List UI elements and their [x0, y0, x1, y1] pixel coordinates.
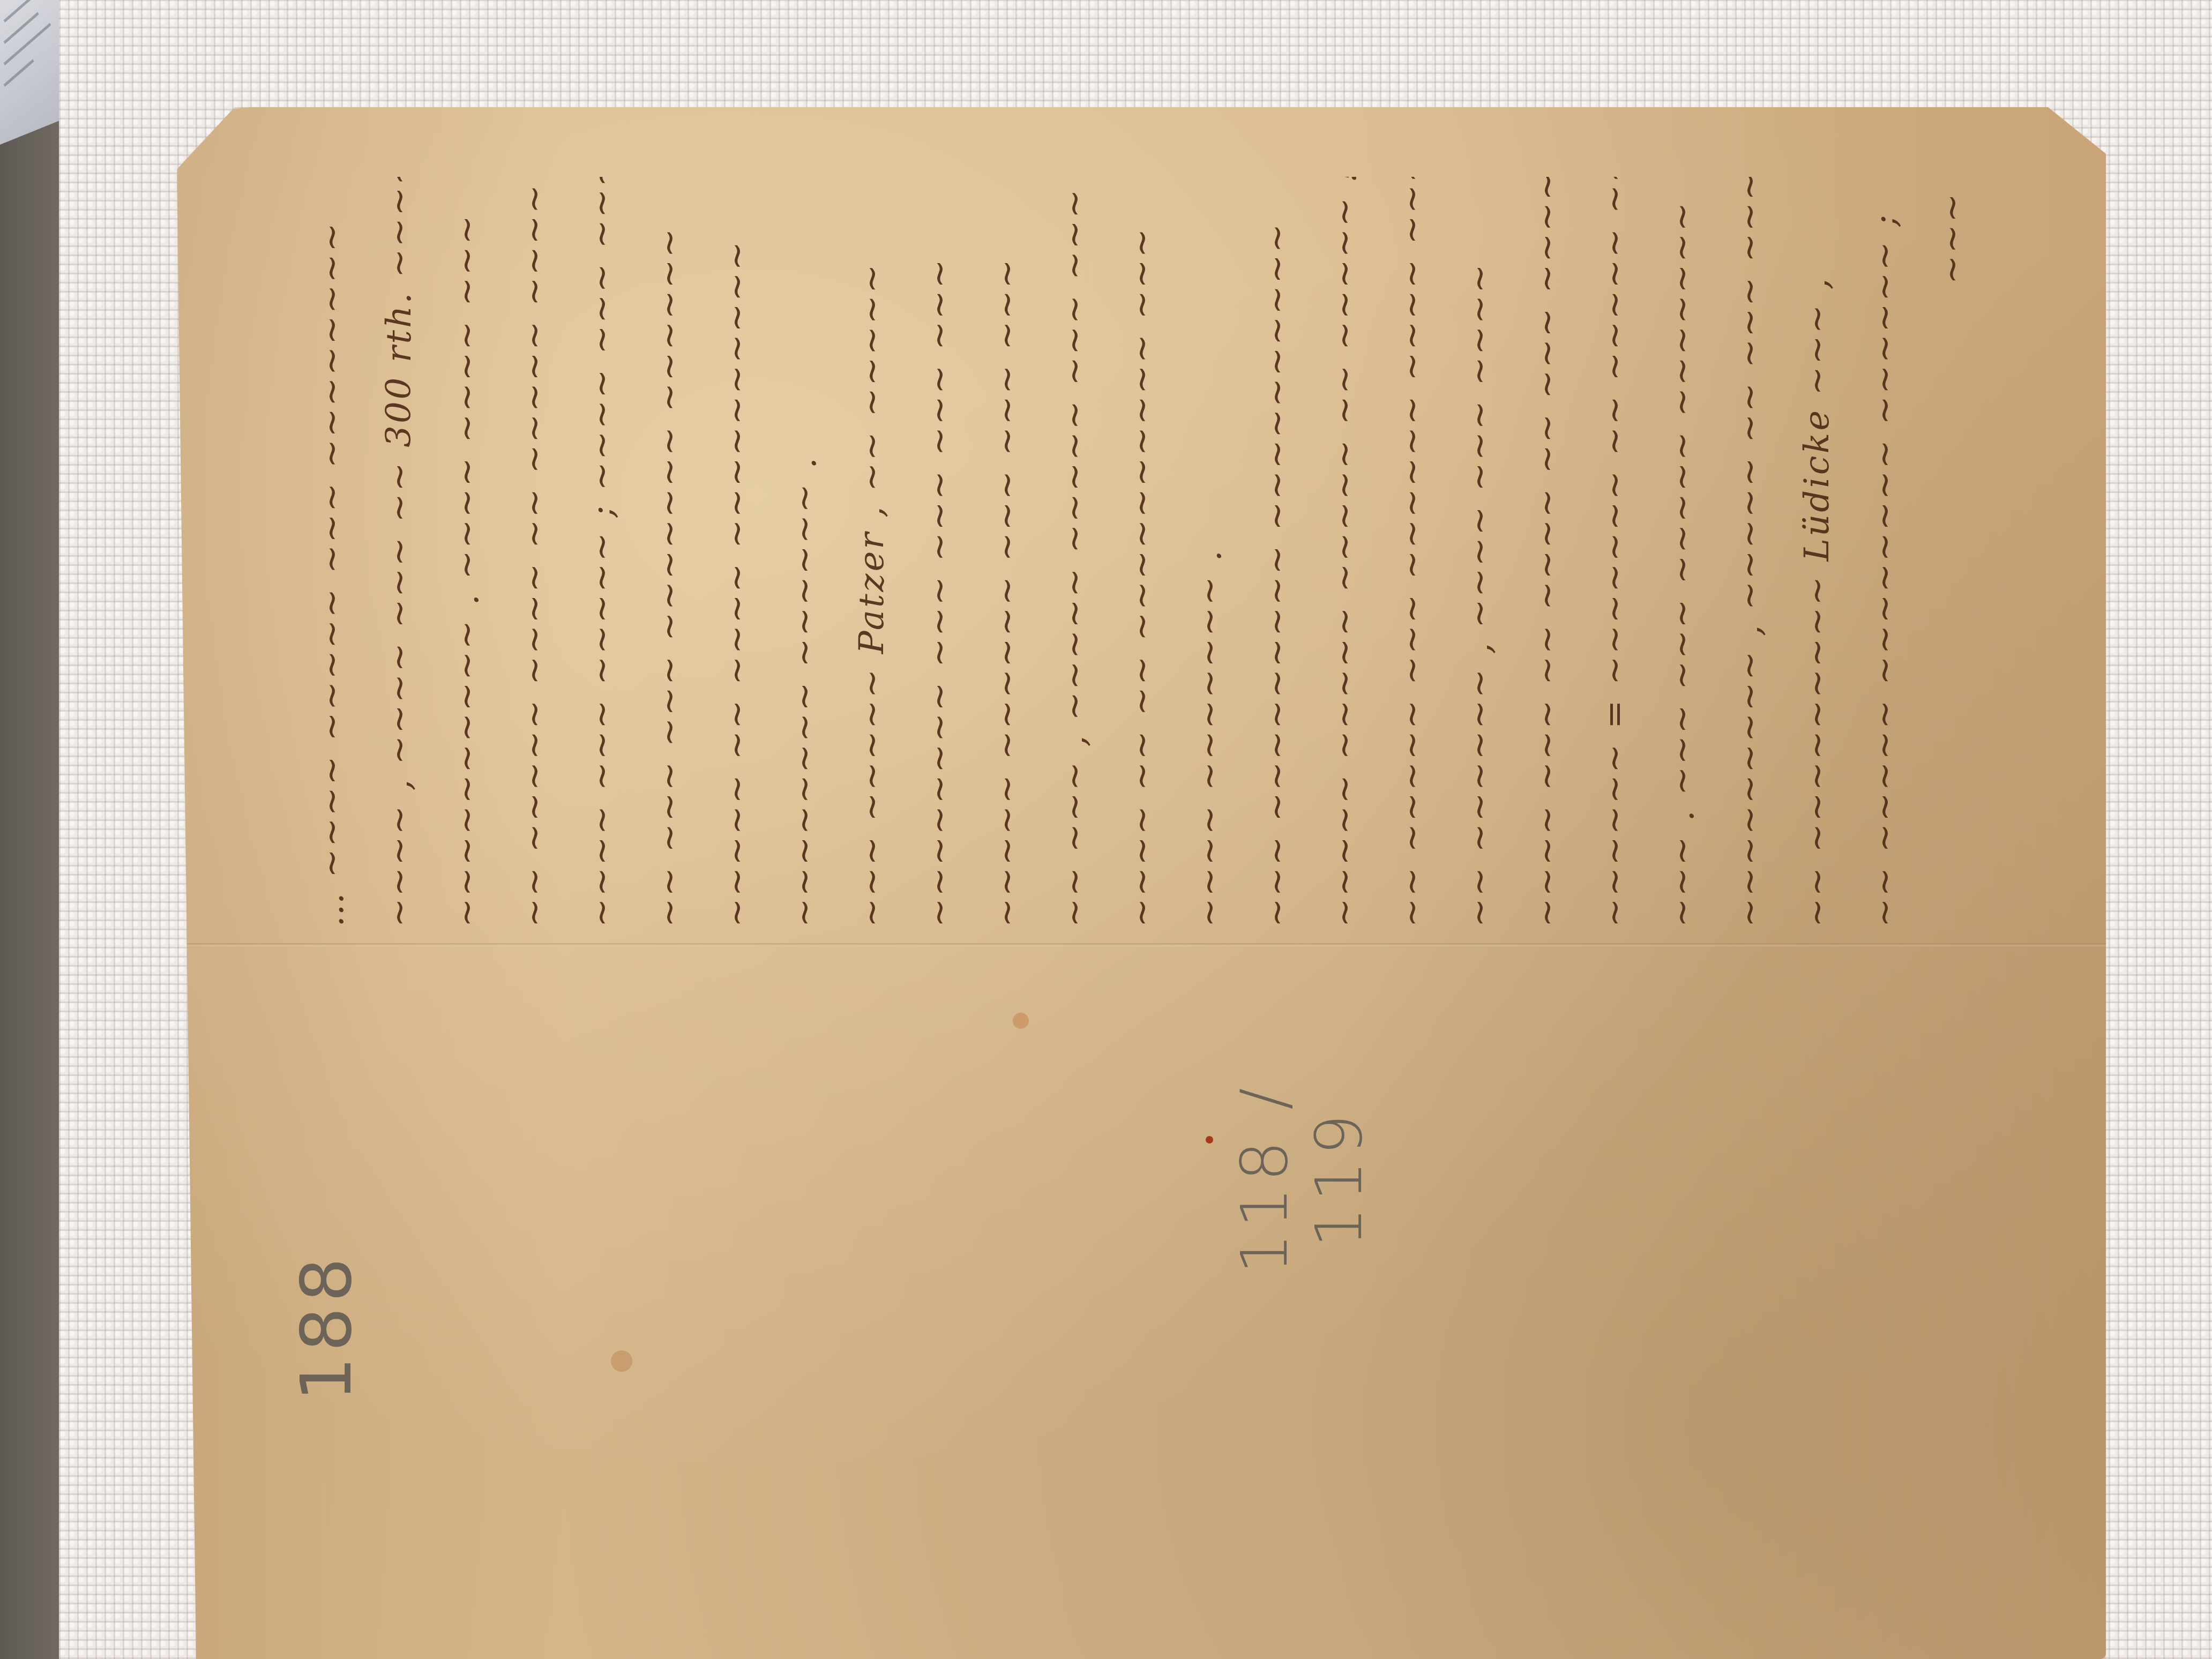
handwritten-line: ~~~~ ~~~ ~~~~~ ; ~~~~ ~~~ ~~~~~ [570, 177, 633, 927]
foxing-stain [1013, 1013, 1029, 1029]
handwritten-line: ~~~~~ ~~ ~~~~ ~~~~~~~~~~ [705, 177, 768, 927]
handwritten-line: ~~ ~~~~~ ~~~~~~~~ ~~~~~~ ; [1853, 177, 1916, 927]
handwritten-line: … ~~~~ ~~~~~ ~~~ ~~~~~~~~ [300, 177, 363, 927]
folio-number-pencil: 118 / 119 [1228, 1028, 1377, 1328]
handwritten-line: ~~ ~~~ ~~~ ~~~~~~~ ~~~~~~ [638, 177, 701, 927]
printed-paper-corner [0, 0, 59, 145]
handwritten-line: ~~~~~~~~ ~~~ ~~~ ~~~ ~~~ [908, 177, 971, 927]
folio-number-left-pencil: 188 [286, 1252, 367, 1401]
handwritten-line: ~~ ~~~~~ ~~~ ~~~~~~ ~~~~ ~~~~ [1380, 177, 1444, 927]
handwritten-line: ~~~~~ ~~~~~ ~~~~~ ~~ ~~~~~ ! [1313, 177, 1376, 927]
handwritten-line: ~~~ ~~~~~ Patzer , ~~ ~~~~~ [840, 177, 903, 927]
table-surface [0, 0, 64, 1659]
foxing-stain [611, 1350, 632, 1372]
handwritten-line: ~~ ~~~~~~~~~ Lüdicke ~~~ , [1785, 177, 1849, 927]
handwritten-line: ~~ ~~~ , ~~~~~ ~~~~~ ~~~ ~~~ [1043, 177, 1106, 927]
handwritten-line: ~~ ~~~~~~ , ~~~~ ~~~ ~~~~ [1448, 177, 1511, 927]
handwritten-line: ~~~~ , ~~~~ ~~~ ~~ 300 rth. ~~~~~ [368, 177, 431, 927]
handwritten-line: ~~~ . ~~~ ~~~ ~~~~~ ~~~~~~~ [1650, 177, 1714, 927]
handwritten-line: ~~~~~~~~ ~~~~~~ . [773, 177, 836, 927]
red-ink-dot [1206, 1136, 1213, 1144]
handwritten-line: ~~~~~~~~~ , ~~~~~ ~~ ~~~ ~~~ [1718, 177, 1781, 927]
handwritten-line: ~~~ ~~~~~~~~~ ~~~~~~~~~~ [1245, 177, 1309, 927]
handwritten-text-block: … ~~~~ ~~~~~ ~~~ ~~~~~~~~ ~~~~ , ~~~~ ~~… [300, 177, 2068, 954]
handwritten-line: ~~~~ ~~ ~~ ~~~~~~~~~~ ~~~ [1110, 177, 1174, 927]
handwritten-corner-word: ~~~ [1920, 177, 1984, 284]
handwritten-line: ~~~~ ~~~ ~~ ~~~~ ~~ ~~~ ~~~~ [1515, 177, 1579, 927]
handwritten-line: ~~~~~~ = ~~~~~~~ ~~ ~~~~~ ~~~~~ [1583, 177, 1646, 927]
handwritten-line: ~~ ~~~~~ ~~~~ ~~ ~~~~~ ~~~~ [503, 177, 566, 927]
handwritten-line: ~~~~~~~~~~ . ~~~~ ~~~~ ~~~ [435, 177, 498, 927]
handwritten-line: ~~~~~ ~~~~~~ ~~~ ~~~ ~~~ [975, 177, 1038, 927]
handwritten-line: ~~~~ ~~~~~~~ . [1178, 177, 1241, 927]
